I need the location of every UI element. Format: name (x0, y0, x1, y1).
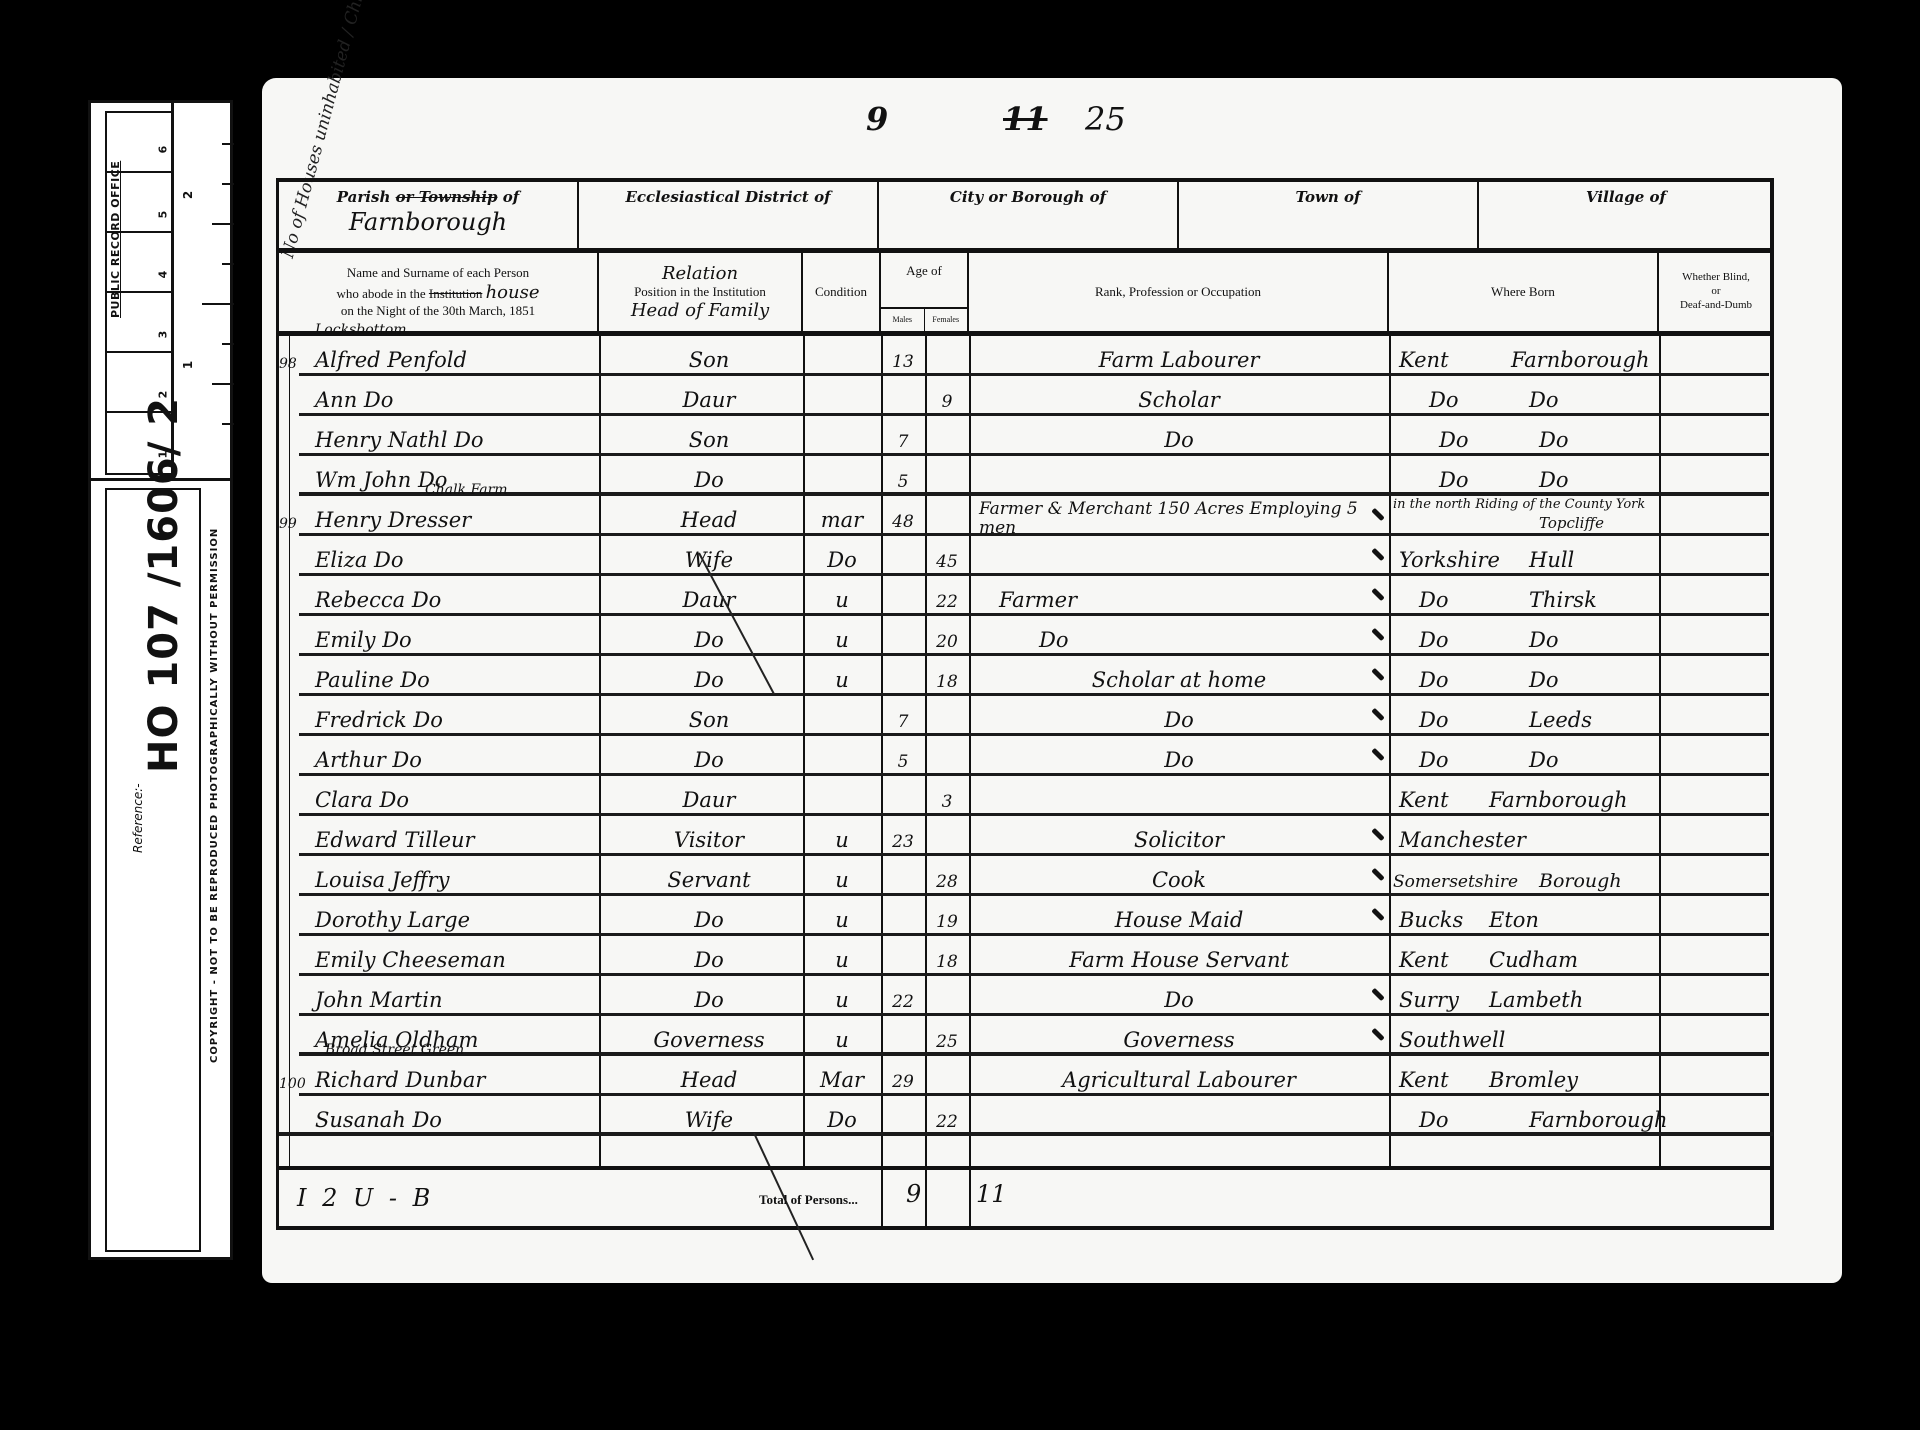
condition: u (805, 976, 879, 1016)
table-row: Emily Cheeseman Do u 18 Farm House Serva… (279, 936, 1770, 976)
age-female (927, 496, 967, 536)
folio-mark: 9 (866, 100, 888, 138)
relation: Do (619, 896, 799, 936)
born-place: Do (1539, 416, 1649, 456)
relation: Do (619, 736, 799, 776)
relation: Son (619, 416, 799, 456)
age-subheader: Males Females (881, 307, 967, 331)
age-female: 18 (927, 936, 967, 976)
col-condition: Condition (803, 253, 881, 331)
condition (805, 376, 879, 416)
table-row: Clara Do Daur 3 Kent Farnborough (279, 776, 1770, 816)
person-name: Richard Dunbar (315, 1068, 485, 1092)
born-county: Manchester (1399, 816, 1599, 856)
village-label: Village of (1586, 188, 1666, 206)
col-name-line1: Name and Surname of each Person (279, 265, 597, 281)
occupation: Do (979, 416, 1379, 456)
occupation (979, 1096, 1379, 1136)
condition (805, 736, 879, 776)
relation: Daur (619, 776, 799, 816)
age-male: 5 (883, 736, 923, 776)
born-place: Do (1529, 736, 1649, 776)
condition (805, 696, 879, 736)
condition: u (805, 816, 879, 856)
age-female (927, 696, 967, 736)
born-place: Do (1539, 456, 1649, 496)
table-row: Arthur Do Do 5 Do Do Do (279, 736, 1770, 776)
table-row: Edward Tilleur Visitor u 23 Solicitor Ma… (279, 816, 1770, 856)
born-place: Do (1529, 376, 1649, 416)
total-females: 11 (976, 1180, 1007, 1208)
born-county: Do (1419, 696, 1499, 736)
occupation: Do (979, 976, 1379, 1016)
occupation: Scholar at home (979, 656, 1379, 696)
table-row: Rebecca Do Daur u 22 Farmer Do Thirsk (279, 576, 1770, 616)
table-row: Fredrick Do Son 7 Do Do Leeds (279, 696, 1770, 736)
age-male: 13 (883, 336, 923, 376)
born-place: Bromley (1489, 1056, 1649, 1096)
person-name: Susanah Do (315, 1096, 595, 1136)
reference-strip: 1 2 3 4 5 6 1 2 PUBLIC RECORD OFFICE HO … (88, 100, 233, 1260)
table-row: 99 Chalk FarmHenry Dresser Head mar 48 F… (279, 496, 1770, 536)
table-row: 100 Broad Street GreenRichard Dunbar Hea… (279, 1056, 1770, 1096)
born-county: Do (1439, 416, 1519, 456)
person-name: Pauline Do (315, 656, 595, 696)
age-male (883, 1016, 923, 1056)
born-county: Do (1419, 576, 1499, 616)
page-footer: I 2 U - B Total of Persons... 9 11 (279, 1166, 1770, 1226)
total-label: Total of Persons... (759, 1192, 858, 1208)
parish-label-struck: or Township (396, 188, 498, 206)
age-male (883, 536, 923, 576)
condition: Mar (805, 1056, 879, 1096)
census-schedule-table: Parish or Township of Farnborough Eccles… (276, 178, 1774, 1230)
col-relation-print: Position in the Institution (599, 284, 801, 300)
relation: Do (619, 936, 799, 976)
person-name: Rebecca Do (315, 576, 595, 616)
col-blind-line1: Whether Blind, (1659, 271, 1773, 285)
condition: mar (805, 496, 879, 536)
born-place: Do (1529, 616, 1649, 656)
ruler-label: 3 (157, 331, 170, 339)
born-place (1609, 816, 1649, 856)
condition: u (805, 576, 879, 616)
age-female (927, 976, 967, 1016)
occupation: Farm Labourer (979, 336, 1379, 376)
person-name: John Martin (315, 976, 595, 1016)
born-county: Do (1429, 376, 1509, 416)
row-rule (279, 1132, 1773, 1136)
copyright-notice: COPYRIGHT - NOT TO BE REPRODUCED PHOTOGR… (209, 528, 220, 1063)
occupation: Do (1039, 616, 1139, 656)
person-name: Emily Do (315, 616, 595, 656)
archive-office-label: PUBLIC RECORD OFFICE (109, 161, 122, 318)
person-name: Emily Cheeseman (315, 936, 595, 976)
occupation: Cook (979, 856, 1379, 896)
occupation: Farm House Servant (979, 936, 1379, 976)
condition (805, 776, 879, 816)
schedule-number: 99 (279, 496, 309, 536)
table-row: Pauline Do Do u 18 Scholar at home Do Do (279, 656, 1770, 696)
born-place: Thirsk (1529, 576, 1649, 616)
relation: Wife (619, 1096, 799, 1136)
relation: Servant (619, 856, 799, 896)
born-place: Lambeth (1489, 976, 1649, 1016)
condition (805, 416, 879, 456)
col-occupation: Rank, Profession or Occupation (969, 253, 1389, 331)
born-county: Surry (1399, 976, 1479, 1016)
born-place: Farnborough (1529, 1096, 1659, 1136)
relation: Do (619, 616, 799, 656)
condition: u (805, 1016, 879, 1056)
age-male: 5 (883, 456, 923, 496)
born-place: Borough (1539, 856, 1649, 896)
age-female (927, 416, 967, 456)
ruler-label: 4 (157, 271, 170, 279)
col-relation: Relation Position in the Institution Hea… (599, 253, 803, 331)
born-place: Topcliffe (1539, 496, 1649, 536)
age-male: 7 (883, 696, 923, 736)
born-county: Kent (1399, 336, 1509, 376)
col-where-born: Where Born (1389, 253, 1659, 331)
born-county: Do (1419, 656, 1499, 696)
age-male (883, 1096, 923, 1136)
occupation: House Maid (979, 896, 1379, 936)
col-name-hand: house (486, 282, 540, 303)
relation: Daur (619, 376, 799, 416)
born-county: Kent (1399, 936, 1479, 976)
age-male (883, 936, 923, 976)
born-place: Leeds (1529, 696, 1649, 736)
table-row: Ann Do Daur 9 Scholar Do Do (279, 376, 1770, 416)
relation: Son (619, 696, 799, 736)
village-cell: Village of (1479, 182, 1773, 248)
reference-label: Reference:- (131, 783, 145, 853)
age-female: 18 (927, 656, 967, 696)
col-age: Age of Males Females (881, 253, 969, 331)
age-male (883, 576, 923, 616)
age-female (927, 336, 967, 376)
total-males: 9 (906, 1180, 921, 1208)
born-place: Farnborough (1511, 336, 1656, 376)
occupation: Agricultural Labourer (979, 1056, 1379, 1096)
person-name: Clara Do (315, 776, 595, 816)
person-name: Louisa Jeffry (315, 856, 595, 896)
parish-cell: Parish or Township of Farnborough (279, 182, 579, 248)
born-county: Kent (1399, 1056, 1479, 1096)
table-row: Susanah Do Wife Do 22 Do Farnborough (279, 1096, 1770, 1136)
occupation (979, 776, 1379, 816)
table-row: John Martin Do u 22 Do Surry Lambeth (279, 976, 1770, 1016)
born-place: Do (1529, 656, 1649, 696)
born-place: Farnborough (1489, 776, 1649, 816)
reference-number: HO 107 /1606/ 2 (141, 397, 187, 773)
folio-number: 25 (1085, 100, 1126, 138)
relation: Do (619, 976, 799, 1016)
occupation: Solicitor (979, 816, 1379, 856)
born-county: Do (1419, 1096, 1499, 1136)
folio-mark-struck: 11 (1003, 100, 1048, 138)
age-female: 9 (927, 376, 967, 416)
age-female: 22 (927, 1096, 967, 1136)
col-name-line2: who abode in the (336, 286, 428, 301)
born-county: Do (1419, 616, 1499, 656)
person-name: Eliza Do (315, 536, 595, 576)
condition: u (805, 896, 879, 936)
occupation: Scholar (979, 376, 1379, 416)
born-county: Do (1439, 456, 1519, 496)
age-female: 19 (927, 896, 967, 936)
col-relation-hand2: Head of Family (599, 300, 801, 321)
relation: Head (619, 496, 799, 536)
relation: Daur (619, 576, 799, 616)
address-note: Chalk Farm (425, 482, 508, 498)
condition: u (805, 856, 879, 896)
age-male (883, 896, 923, 936)
occupation: Do (979, 736, 1379, 776)
born-county: Yorkshire (1399, 536, 1519, 576)
age-female: 45 (927, 536, 967, 576)
location-header: Parish or Township of Farnborough Eccles… (279, 182, 1770, 253)
condition (805, 456, 879, 496)
parish-value: Farnborough (279, 208, 577, 236)
table-row: Louisa Jeffry Servant u 28 Cook Somerset… (279, 856, 1770, 896)
relation: Head (619, 1056, 799, 1096)
condition: u (805, 936, 879, 976)
col-blind-line2: or (1659, 285, 1773, 299)
age-male: 29 (883, 1056, 923, 1096)
born-place: Eton (1489, 896, 1649, 936)
ecclesiastical-district-cell: Ecclesiastical District of (579, 182, 879, 248)
ruler-label: 6 (157, 146, 170, 154)
person-name: Edward Tilleur (315, 816, 595, 856)
age-male (883, 376, 923, 416)
condition: Do (805, 536, 879, 576)
age-female (927, 1056, 967, 1096)
age-male: 23 (883, 816, 923, 856)
age-male (883, 776, 923, 816)
age-female: 25 (927, 1016, 967, 1056)
table-row: Amelia Oldham Governess u 25 Governess S… (279, 1016, 1770, 1056)
col-name-line3: on the Night of the 30th March, 1851 (279, 303, 597, 319)
city-borough-cell: City or Borough of (879, 182, 1179, 248)
condition: u (805, 616, 879, 656)
table-row: Dorothy Large Do u 19 House Maid Bucks E… (279, 896, 1770, 936)
age-male (883, 856, 923, 896)
relation: Governess (619, 1016, 799, 1056)
relation: Visitor (619, 816, 799, 856)
parish-label-suffix: of (498, 188, 520, 206)
col-blind-line3: Deaf-and-Dumb (1659, 299, 1773, 313)
born-place: Cudham (1489, 936, 1649, 976)
condition: u (805, 656, 879, 696)
born-county: Somersetshire (1393, 856, 1533, 896)
age-male: 48 (883, 496, 923, 536)
table-row: Eliza Do Wife Do 45 Yorkshire Hull (279, 536, 1770, 576)
ruler-label: 2 (181, 191, 195, 199)
table-row: Emily Do Do u 20 Do Do Do (279, 616, 1770, 656)
age-female: 20 (927, 616, 967, 656)
address-note: Broad Street Green (325, 1042, 464, 1058)
city-label: City or Borough of (950, 188, 1106, 206)
col-blind-deaf: Whether Blind, or Deaf-and-Dumb (1659, 253, 1773, 331)
age-female (927, 816, 967, 856)
condition: Do (805, 1096, 879, 1136)
occupation (979, 536, 1379, 576)
ruler-label: 5 (157, 211, 170, 219)
age-male (883, 616, 923, 656)
occupation: Governess (979, 1016, 1379, 1056)
age-male: 7 (883, 416, 923, 456)
column-header: Name and Surname of each Person who abod… (279, 253, 1770, 336)
ruler-label: 1 (181, 361, 195, 369)
person-name: Fredrick Do (315, 696, 595, 736)
relation: Son (619, 336, 799, 376)
born-place (1609, 1016, 1649, 1056)
schedule-number: 100 (279, 1056, 309, 1096)
born-place: Hull (1529, 536, 1649, 576)
age-female: 22 (927, 576, 967, 616)
person-name: Ann Do (315, 376, 595, 416)
piece-code: I 2 U - B (297, 1184, 434, 1212)
age-male (883, 656, 923, 696)
age-male: 22 (883, 976, 923, 1016)
born-county: Do (1419, 736, 1499, 776)
col-name: Name and Surname of each Person who abod… (279, 253, 599, 331)
born-county: Kent (1399, 776, 1479, 816)
age-female: 3 (927, 776, 967, 816)
ecclesiastical-label: Ecclesiastical District of (625, 188, 830, 206)
town-label: Town of (1296, 188, 1361, 206)
schedule-number: 98 (279, 336, 309, 376)
relation: Do (619, 456, 799, 496)
age-female (927, 736, 967, 776)
born-county: Bucks (1399, 896, 1479, 936)
parish-label: Parish (337, 188, 396, 206)
person-name: Henry Dresser (315, 508, 471, 532)
col-males: Males (881, 309, 925, 331)
occupation (979, 456, 1379, 496)
person-name: Arthur Do (315, 736, 595, 776)
table-row: 98 LocksbottomAlfred Penfold Son 13 Farm… (279, 336, 1770, 376)
age-female (927, 456, 967, 496)
born-county: Southwell (1399, 1016, 1599, 1056)
col-age-label: Age of (881, 263, 967, 279)
table-row: Henry Nathl Do Son 7 Do Do Do (279, 416, 1770, 456)
town-cell: Town of (1179, 182, 1479, 248)
occupation: Farmer (999, 576, 1199, 616)
person-name: Henry Nathl Do (315, 416, 595, 456)
address-note: Locksbottom (315, 322, 407, 338)
occupation: Do (979, 696, 1379, 736)
col-females: Females (925, 309, 968, 331)
person-name: Dorothy Large (315, 896, 595, 936)
col-name-struck: Institution (429, 286, 482, 301)
person-name: Alfred Penfold (315, 348, 467, 372)
age-female: 28 (927, 856, 967, 896)
condition (805, 336, 879, 376)
col-relation-hand: Relation (599, 263, 801, 284)
